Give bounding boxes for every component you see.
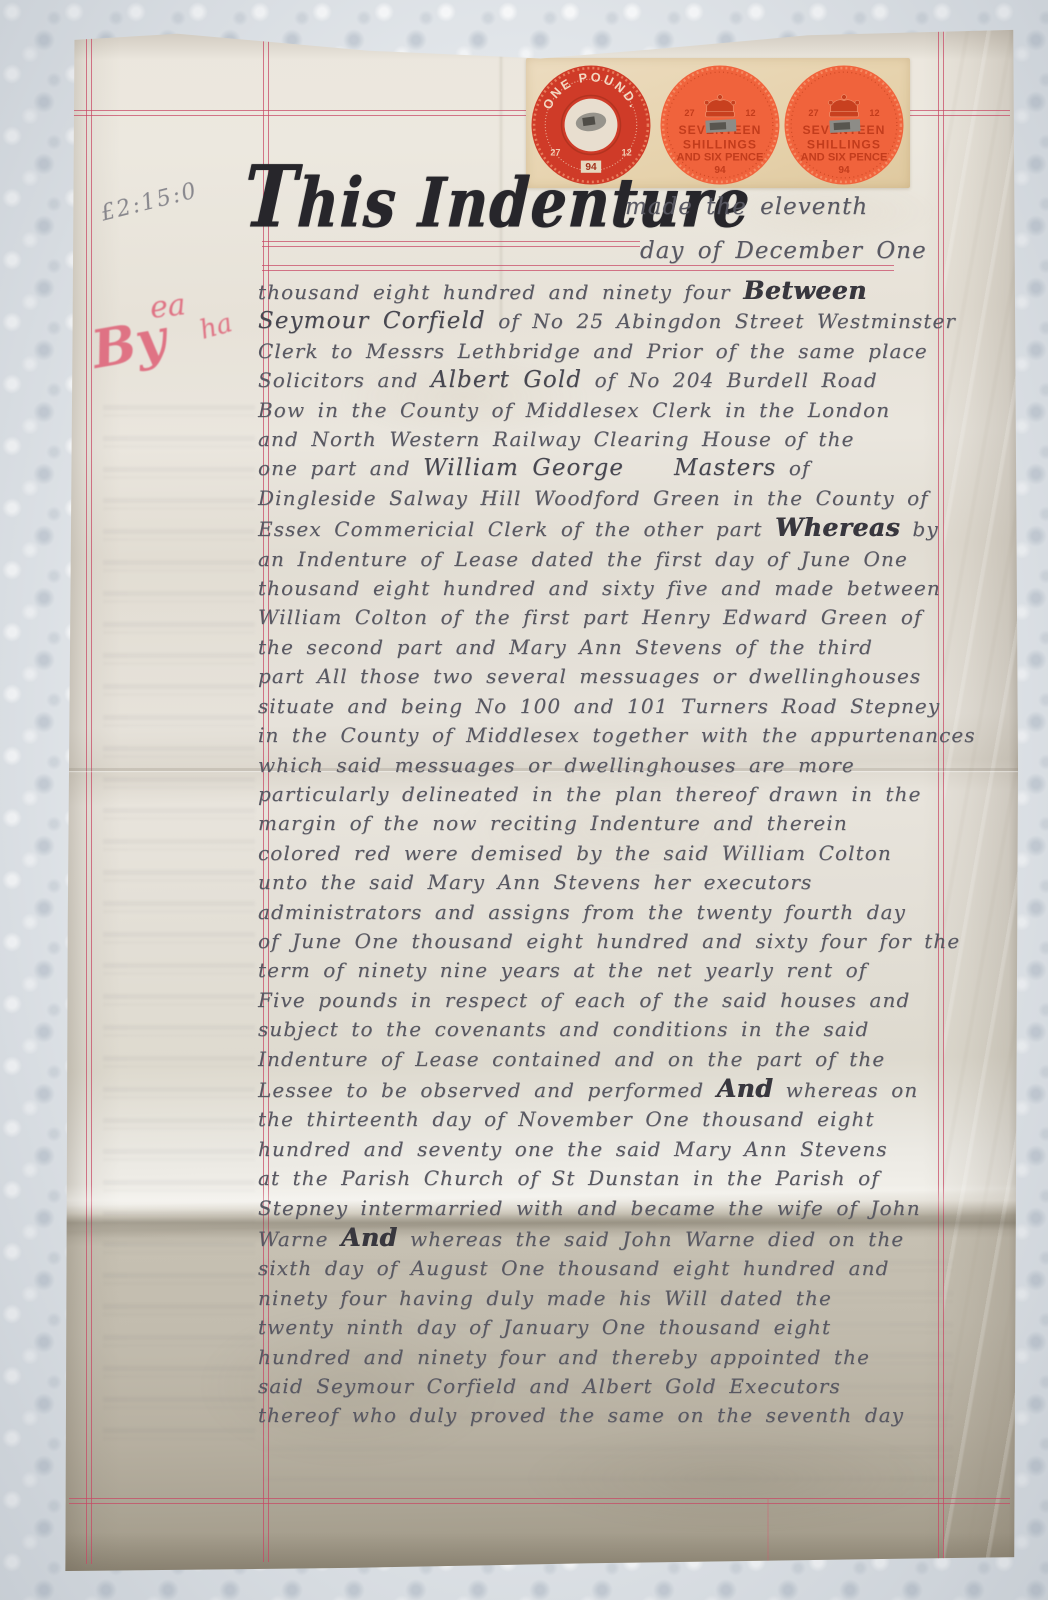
handwritten-line: Dingleside Salway Hill Woodford Green in… — [258, 484, 958, 513]
document-body-lines: thousand eight hundred and ninety four B… — [258, 276, 958, 1431]
handwritten-line: which said messuages or dwellinghouses a… — [258, 751, 958, 780]
handwritten-line: part All those two several messuages or … — [258, 662, 958, 691]
handwritten-line: Seymour Corfield of No 25 Abingdon Stree… — [258, 307, 958, 336]
emphasized-name: Masters — [674, 455, 776, 481]
ruled-line-left-outer — [86, 34, 92, 1564]
title-line-1: made the eleventh — [625, 194, 868, 220]
handwritten-line: at the Parish Church of St Dunstan in th… — [258, 1164, 958, 1193]
handwritten-line: situate and being No 100 and 101 Turners… — [258, 692, 958, 721]
handwritten-line: ninety four having duly made his Will da… — [258, 1284, 958, 1313]
stamp-line3: AND SIX PENCE — [801, 152, 888, 164]
stamp-num-left: 27 — [684, 108, 694, 118]
handwritten-line: William Colton of the first part Henry E… — [258, 603, 958, 632]
gothic-word: Whereas — [775, 513, 900, 542]
handwritten-line: Five pounds in respect of each of the sa… — [258, 986, 958, 1015]
stamp-num-right: 12 — [745, 108, 755, 118]
handwritten-line: Indenture of Lease contained and on the … — [258, 1045, 958, 1074]
handwritten-line: hundred and seventy one the said Mary An… — [258, 1135, 958, 1164]
foil-security-mark — [705, 119, 736, 133]
handwritten-line: particularly delineated in the plan ther… — [258, 780, 958, 809]
handwritten-line: and North Western Railway Clearing House… — [258, 425, 958, 454]
handwritten-line: Bow in the County of Middlesex Clerk in … — [258, 396, 958, 425]
handwritten-line: colored red were demised by the said Wil… — [258, 839, 958, 868]
handwritten-line: hundred and ninety four and thereby appo… — [258, 1343, 958, 1372]
handwritten-line: one part and William George Masters of — [258, 454, 958, 483]
stamp-seventeen-shillings-2: 27 12 SEVENTEEN SHILLINGS AND SIX PENCE … — [783, 64, 905, 186]
ruled-line-bottom — [69, 1498, 1010, 1504]
stamp-line2: SHILLINGS — [807, 137, 881, 151]
gothic-word: Between — [743, 276, 867, 305]
handwritten-line: thereof who duly proved the same on the … — [258, 1401, 958, 1430]
handwritten-line: the thirteenth day of November One thous… — [258, 1105, 958, 1134]
emphasized-name: Albert Gold — [431, 367, 582, 393]
stamp-num-left: 27 — [808, 108, 818, 118]
handwritten-line: administrators and assigns from the twen… — [258, 898, 958, 927]
title-line-2: day of December One — [640, 238, 927, 264]
handwritten-line: Lessee to be observed and performed And … — [258, 1074, 958, 1105]
red-scribble-3: ha — [196, 308, 235, 346]
parchment-document: ONE POUND. 27 12 94 27 12 SEVENTEEN SHIL… — [63, 26, 1018, 1571]
handwritten-line: thousand eight hundred and sixty five an… — [258, 574, 958, 603]
gothic-word: And — [717, 1074, 774, 1103]
handwritten-line: Warne And whereas the said John Warne di… — [258, 1223, 958, 1254]
handwritten-line: Clerk to Messrs Lethbridge and Prior of … — [258, 337, 958, 366]
handwritten-line: an Indenture of Lease dated the first da… — [258, 545, 958, 574]
handwritten-line: sixth day of August One thousand eight h… — [258, 1254, 958, 1283]
handwritten-line: Solicitors and Albert Gold of No 204 Bur… — [258, 366, 958, 395]
emphasized-name: William George — [423, 455, 624, 481]
pencil-price-annotation: £2:15:0 — [98, 178, 200, 226]
handwritten-line: said Seymour Corfield and Albert Gold Ex… — [258, 1372, 958, 1401]
handwritten-line: subject to the covenants and conditions … — [258, 1015, 958, 1044]
gothic-word: And — [341, 1223, 398, 1252]
title-underline-2 — [262, 265, 894, 271]
photo-background: { "title": { "gothic": "This Indenture",… — [0, 0, 1048, 1600]
faint-red-crease — [767, 1498, 769, 1564]
ghost-bleedthrough-left — [103, 386, 255, 1456]
handwritten-line: Stepney intermarried with and became the… — [258, 1194, 958, 1223]
handwritten-line: unto the said Mary Ann Stevens her execu… — [258, 868, 958, 897]
stamp-num-right: 12 — [869, 108, 879, 118]
emphasized-name: Seymour Corfield — [258, 308, 486, 334]
foil-security-mark — [829, 119, 860, 133]
red-scribble-2: By — [87, 308, 171, 381]
handwritten-line: margin of the now reciting Indenture and… — [258, 809, 958, 838]
stamp-num-bottom: 94 — [838, 165, 850, 176]
handwritten-line: thousand eight hundred and ninety four B… — [258, 276, 958, 307]
handwritten-line: of June One thousand eight hundred and s… — [258, 927, 958, 956]
handwritten-line: twenty ninth day of January One thousand… — [258, 1313, 958, 1342]
handwritten-line: term of ninety nine years at the net yea… — [258, 956, 958, 985]
handwritten-line: in the County of Middlesex together with… — [258, 721, 958, 750]
handwritten-line: Essex Commericial Clerk of the other par… — [258, 513, 958, 544]
handwritten-line: the second part and Mary Ann Stevens of … — [258, 633, 958, 662]
